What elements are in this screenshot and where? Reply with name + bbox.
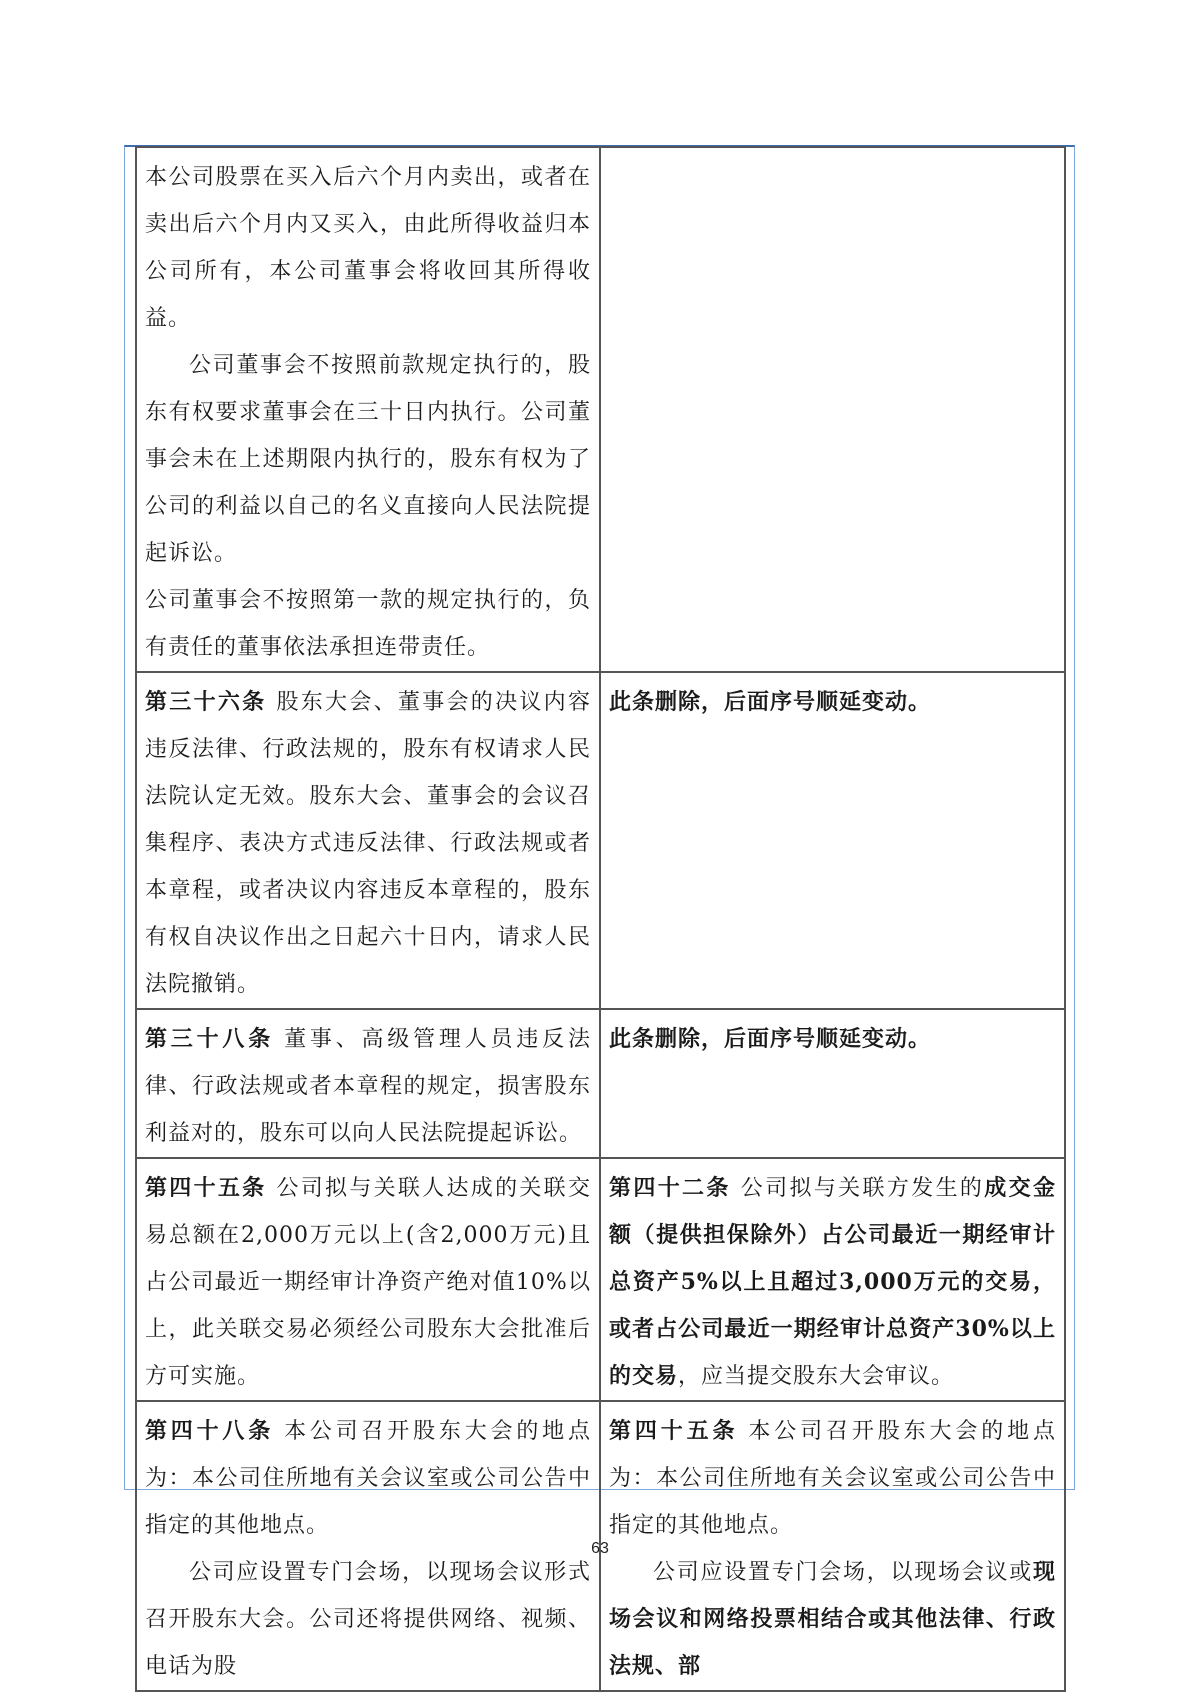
article-number: 第四十五条 [145,1175,266,1201]
article-number: 第四十二条 [609,1175,731,1201]
revised-cell: 此条删除，后面序号顺延变动。 [600,1009,1065,1158]
paragraph: 公司董事会不按照前款规定执行的，股东有权要求董事会在三十日内执行。公司董事会未在… [145,342,591,577]
table-row: 第三十八条董事、高级管理人员违反法律、行政法规或者本章程的规定，损害股东利益对的… [136,1009,1065,1158]
article-number: 第三十八条 [145,1026,274,1052]
paragraph: 公司应设置专门会场，以现场会议形式召开股东大会。公司还将提供网络、视频、电话为股 [145,1549,591,1690]
article-number: 第四十五条 [609,1418,738,1444]
original-cell: 第三十六条股东大会、董事会的决议内容违反法律、行政法规的，股东有权请求人民法院认… [136,672,600,1009]
article-text: 公司拟与关联人达成的关联交易总额在2,000万元以上(含2,000万元)且占公司… [145,1176,591,1389]
comparison-table: 本公司股票在买入后六个月内卖出，或者在卖出后六个月内又买入，由此所得收益归本公司… [135,146,1066,1692]
article-text: 公司拟与关联方发生的 [741,1176,985,1201]
article-number: 第三十六条 [145,689,266,715]
paragraph: 公司董事会不按照第一款的规定执行的，负有责任的董事依法承担连带责任。 [145,577,591,671]
article-number: 第四十八条 [145,1418,274,1444]
table-row: 本公司股票在买入后六个月内卖出，或者在卖出后六个月内又买入，由此所得收益归本公司… [136,147,1065,672]
original-cell: 第三十八条董事、高级管理人员违反法律、行政法规或者本章程的规定，损害股东利益对的… [136,1009,600,1158]
table-row: 第三十六条股东大会、董事会的决议内容违反法律、行政法规的，股东有权请求人民法院认… [136,672,1065,1009]
page-number: 63 [0,1540,1200,1558]
table-row: 第四十五条公司拟与关联人达成的关联交易总额在2,000万元以上(含2,000万元… [136,1158,1065,1401]
revised-cell: 第四十二条公司拟与关联方发生的成交金额（提供担保除外）占公司最近一期经审计总资产… [600,1158,1065,1401]
paragraph: 本公司股票在买入后六个月内卖出，或者在卖出后六个月内又买入，由此所得收益归本公司… [145,154,591,342]
deletion-note: 此条删除，后面序号顺延变动。 [609,1016,1056,1063]
article-text: 股东大会、董事会的决议内容违反法律、行政法规的，股东有权请求人民法院认定无效。股… [145,690,591,997]
revised-cell [600,147,1065,672]
article-text: ，应当提交股东大会审议。 [678,1364,954,1389]
article-text: 公司应设置专门会场，以现场会议或 [653,1560,1033,1585]
original-cell: 第四十五条公司拟与关联人达成的关联交易总额在2,000万元以上(含2,000万元… [136,1158,600,1401]
deletion-note: 此条删除，后面序号顺延变动。 [609,679,1056,726]
revised-cell: 此条删除，后面序号顺延变动。 [600,672,1065,1009]
original-cell: 本公司股票在买入后六个月内卖出，或者在卖出后六个月内又买入，由此所得收益归本公司… [136,147,600,672]
article-text-changed: 成交金额（提供担保除外）占公司最近一期经审计总资产5%以上且超过3,000万元的… [609,1175,1056,1389]
